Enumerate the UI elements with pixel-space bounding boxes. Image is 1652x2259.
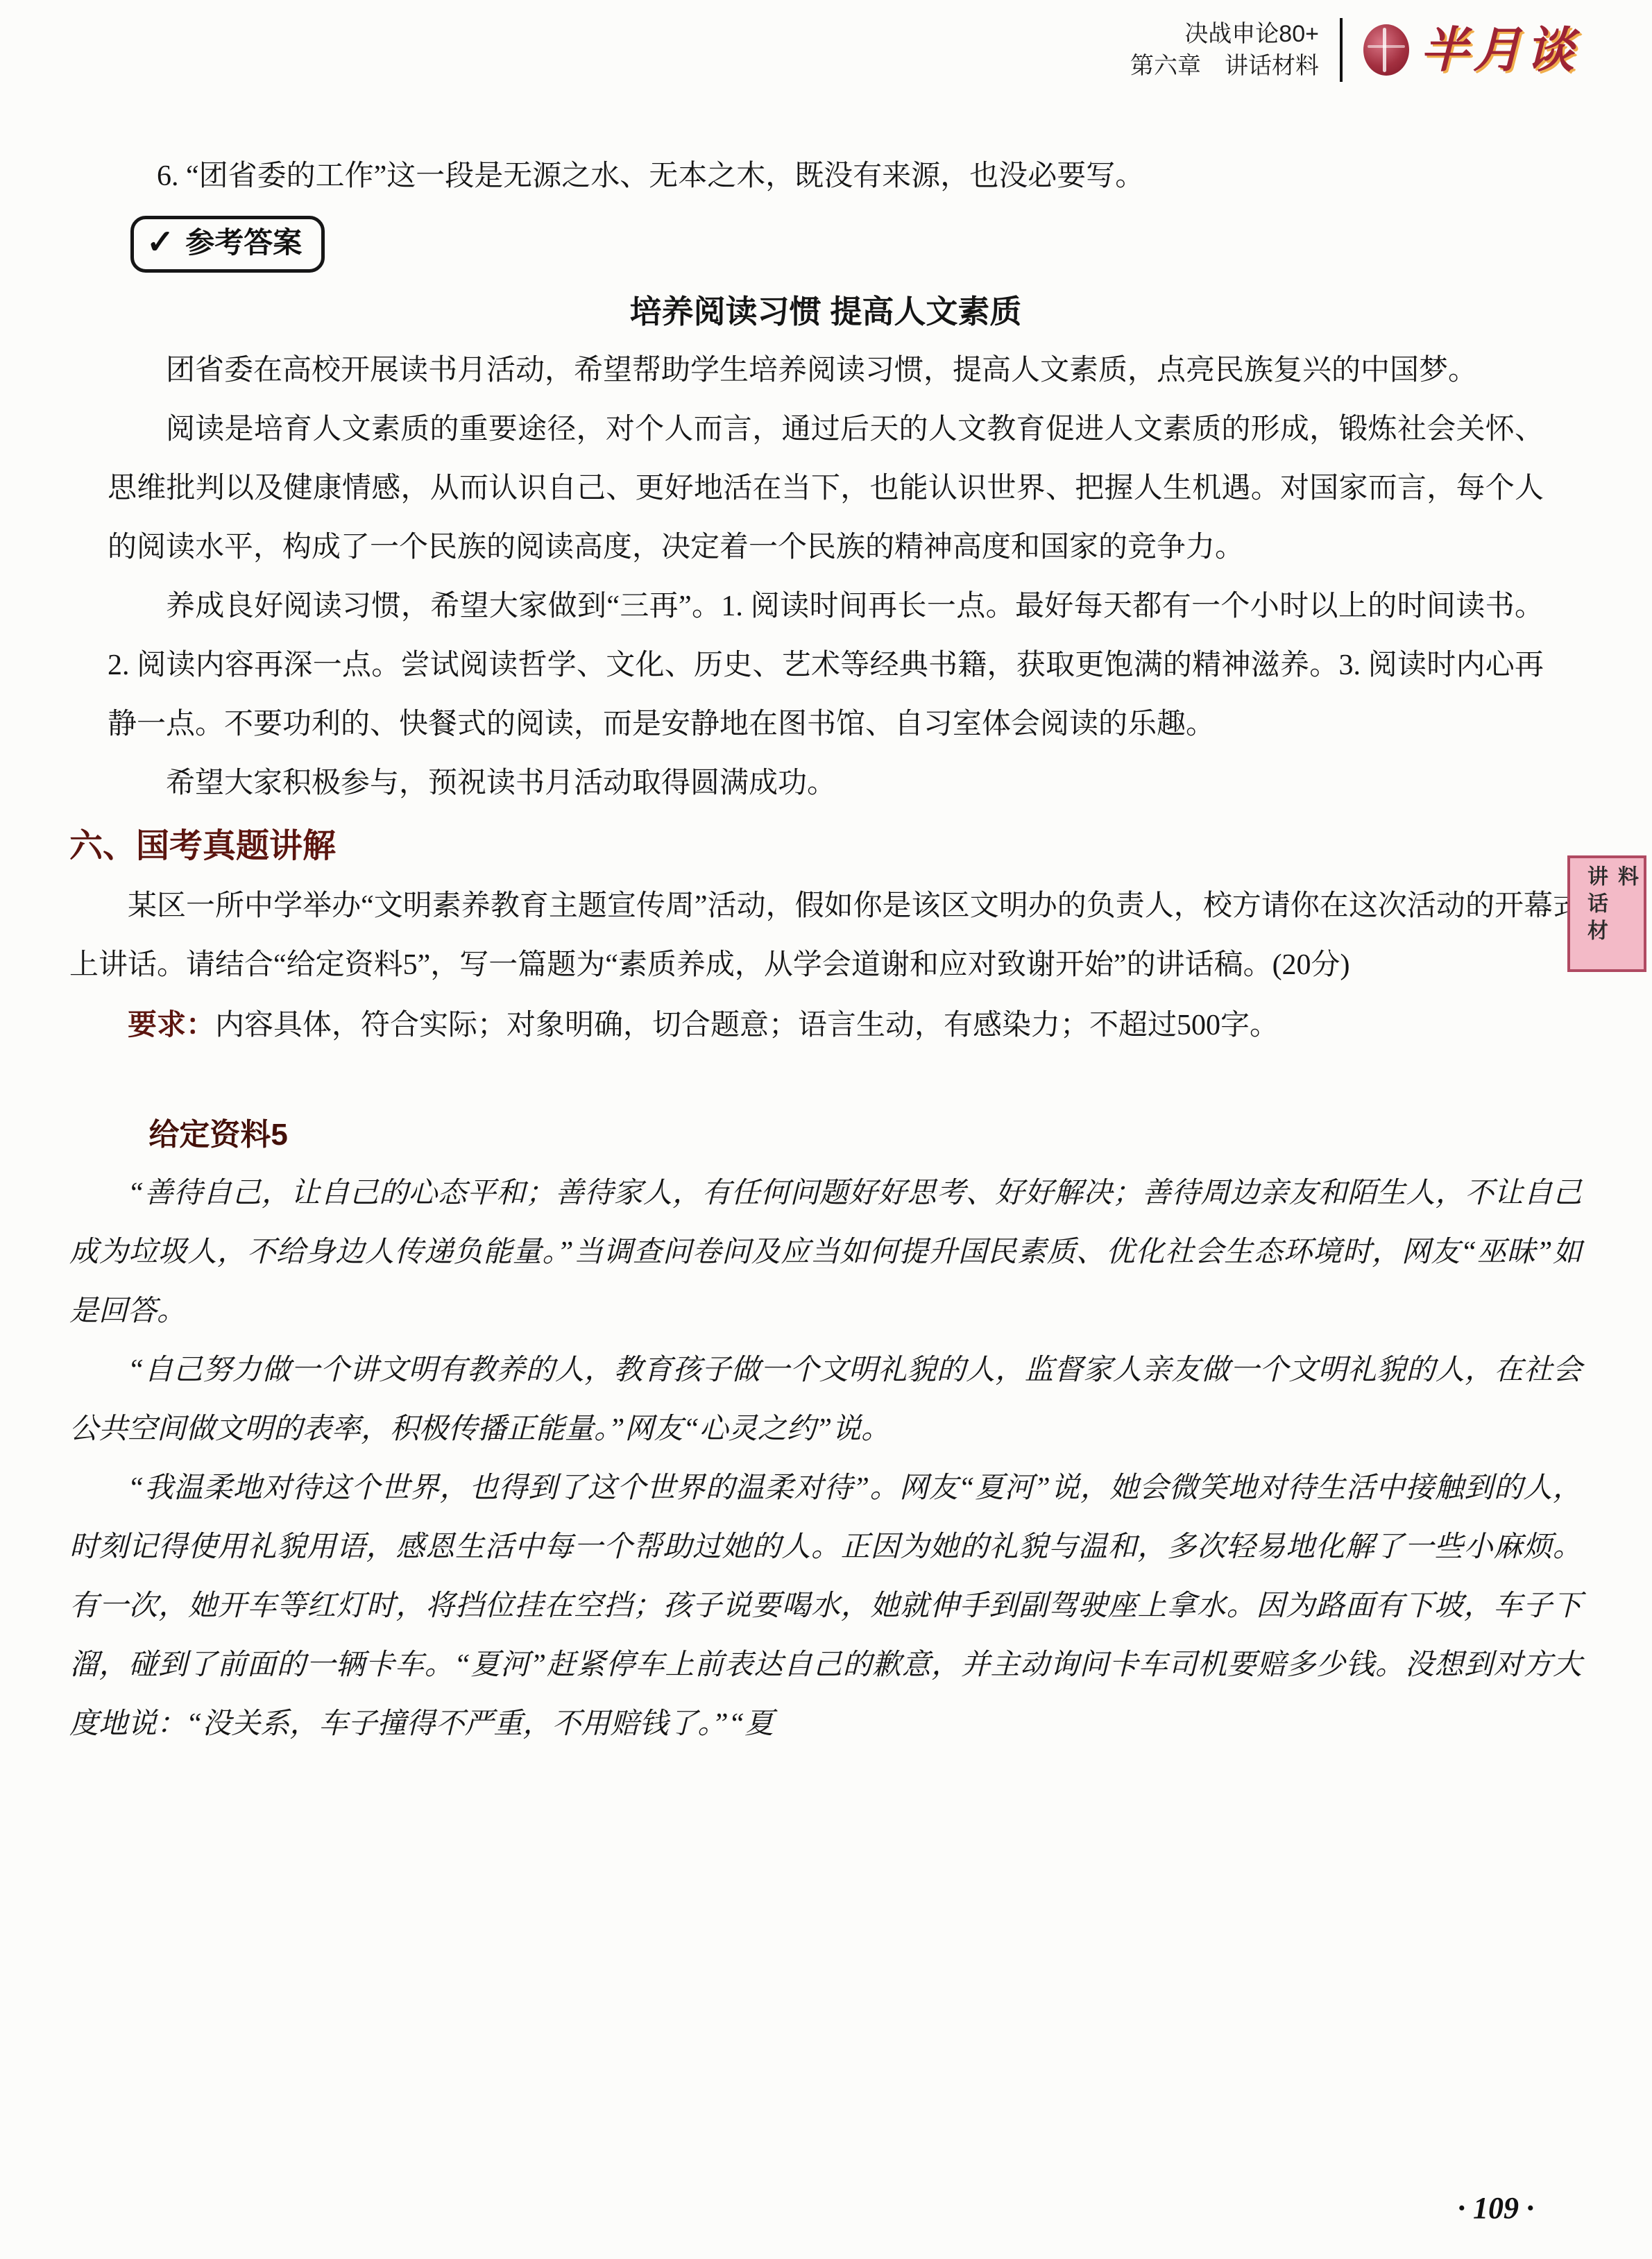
material-paragraph: “我温柔地对待这个世界，也得到了这个世界的温柔对待”。网友“夏河”说，她会微笑地… [69, 1459, 1582, 1754]
section-heading: 六、国考真题讲解 [69, 816, 1582, 877]
chapter-edge-tab: 讲话材料 [1567, 855, 1646, 972]
reference-answer-badge: ✓ 参考答案 [130, 216, 325, 273]
check-icon: ✓ [146, 222, 174, 264]
series-title: 决战申论80+ [1130, 18, 1319, 50]
header-divider [1340, 18, 1343, 82]
material-paragraph: “自己努力做一个讲文明有教养的人，教育孩子做一个文明礼貌的人，监督家人亲友做一个… [69, 1341, 1582, 1459]
page-header: 决战申论80+ 第六章 讲话材料 半月谈 [1130, 18, 1578, 82]
answer-essay-title: 培养阅读习惯 提高人文素质 [69, 282, 1582, 341]
requirement-text: 内容具体，符合实际；对象明确，切合题意；语言生动，有感染力；不超过500字。 [215, 1009, 1279, 1041]
requirement-label: 要求： [128, 1008, 215, 1041]
reference-answer-label: 参考答案 [185, 219, 302, 266]
publisher-logo: 半月谈 [1363, 24, 1578, 76]
chapter-title: 第六章 讲话材料 [1130, 50, 1319, 82]
chapter-edge-tab-label: 讲话材料 [1570, 858, 1641, 969]
answer-body: 团省委在高校开展读书月活动，希望帮助学生培养阅读习惯，提高人文素质，点亮民族复兴… [69, 341, 1582, 813]
page-number: · 109 · [1458, 2190, 1534, 2226]
given-material: “善待自己，让自己的心态平和；善待家人，有任何问题好好思考、好好解决；善待周边亲… [69, 1164, 1582, 1754]
globe-icon [1363, 24, 1409, 76]
exam-task-paragraph: 某区一所中学举办“文明素养教育主题宣传周”活动，假如你是该区文明办的负责人，校方… [69, 877, 1582, 995]
answer-paragraph: 希望大家积极参与，预祝读书月活动取得圆满成功。 [108, 754, 1544, 813]
header-titles: 决战申论80+ 第六章 讲话材料 [1130, 18, 1319, 82]
exam-task: 某区一所中学举办“文明素养教育主题宣传周”活动，假如你是该区文明办的负责人，校方… [69, 877, 1582, 1055]
exam-requirement: 要求：内容具体，符合实际；对象明确，切合题意；语言生动，有感染力；不超过500字… [69, 995, 1582, 1055]
material-paragraph: “善待自己，让自己的心态平和；善待家人，有任何问题好好思考、好好解决；善待周边亲… [69, 1164, 1582, 1341]
publisher-logo-text: 半月谈 [1420, 24, 1578, 76]
question-note: 6. “团省委的工作”这一段是无源之水、无本之木，既没有来源，也没必要写。 [69, 147, 1582, 206]
answer-paragraph: 养成良好阅读习惯，希望大家做到“三再”。1. 阅读时间再长一点。最好每天都有一个… [108, 577, 1544, 754]
answer-paragraph: 阅读是培育人文素质的重要途径，对个人而言，通过后天的人文教育促进人文素质的形成，… [108, 400, 1544, 577]
book-page: 决战申论80+ 第六章 讲话材料 半月谈 6. “团省委的工作”这一段是无源之水… [0, 0, 1652, 2259]
answer-paragraph: 团省委在高校开展读书月活动，希望帮助学生培养阅读习惯，提高人文素质，点亮民族复兴… [108, 341, 1544, 400]
main-content: 6. “团省委的工作”这一段是无源之水、无本之木，既没有来源，也没必要写。 ✓ … [69, 147, 1582, 1754]
material-heading: 给定资料5 [69, 1105, 1582, 1164]
